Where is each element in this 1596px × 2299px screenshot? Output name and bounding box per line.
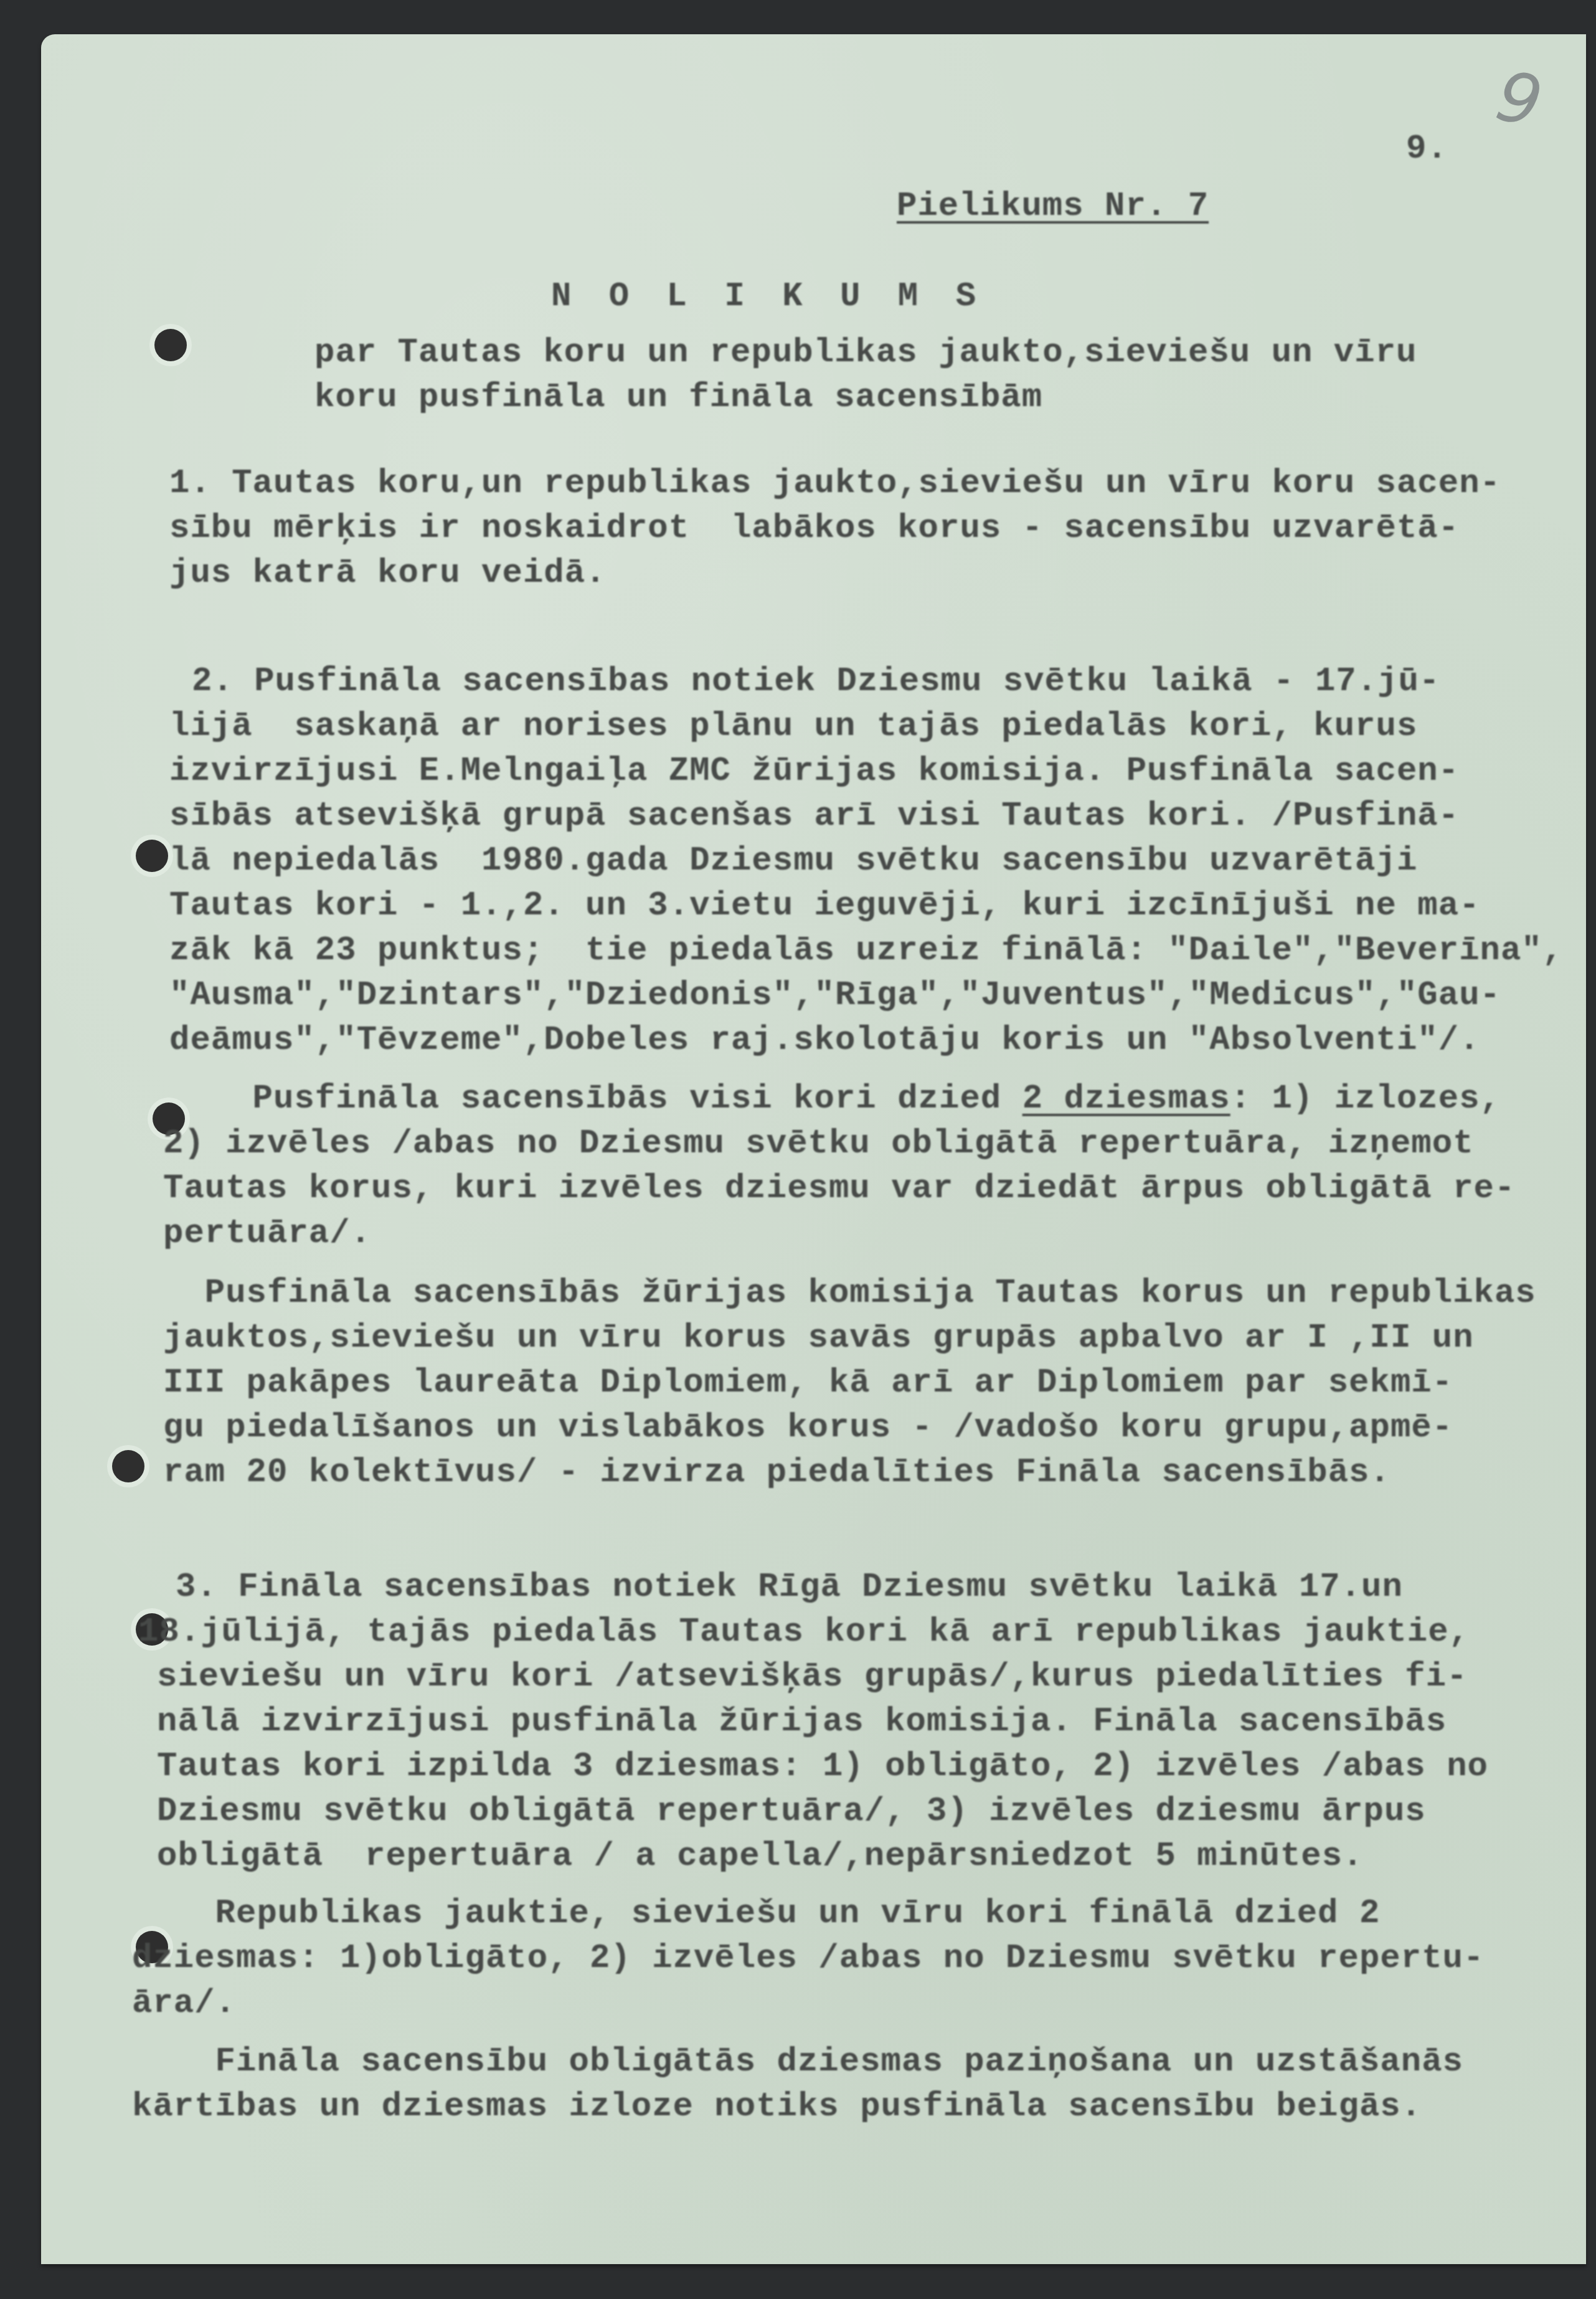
section-2-line: Tautas kori - 1.,2. un 3.vietu ieguvēji,… bbox=[169, 889, 1480, 923]
section-2-para3-line: Pusfināla sacensībās žūrijas komisija Ta… bbox=[163, 1277, 1536, 1311]
punch-hole bbox=[154, 329, 187, 361]
section-3-para2-line: Republikas jauktie, sieviešu un vīru kor… bbox=[132, 1897, 1380, 1931]
section-2-line: 2. Pusfināla sacensības notiek Dziesmu s… bbox=[192, 665, 1440, 699]
section-2-line: sībās atsevišķā grupā sacenšas arī visi … bbox=[169, 800, 1459, 833]
section-3-line: Tautas kori izpilda 3 dziesmas: 1) oblig… bbox=[157, 1750, 1488, 1784]
section-3-line: Dziesmu svētku obligātā repertuāra/, 3) … bbox=[157, 1795, 1426, 1829]
section-3-para2-line: āra/. bbox=[132, 1987, 236, 2021]
section-2-line: lijā saskaņā ar norises plānu un tajās p… bbox=[169, 710, 1417, 744]
section-2-para2-line: 2) izvēles /abas no Dziesmu svētku oblig… bbox=[163, 1127, 1474, 1161]
section-2-line: zāk kā 23 punktus; tie piedalās uzreiz f… bbox=[169, 934, 1563, 968]
section-3-para3-line: Fināla sacensību obligātās dziesmas pazi… bbox=[132, 2045, 1463, 2079]
section-2-para3-line: III pakāpes laureāta Diplomiem, kā arī a… bbox=[163, 1367, 1453, 1400]
section-1-line: sību mērķis ir noskaidrot labākos korus … bbox=[169, 512, 1459, 546]
punch-hole bbox=[112, 1450, 144, 1482]
section-2-para3-line: ram 20 kolektīvus/ - izvirza piedalīties… bbox=[163, 1456, 1391, 1490]
section-2-para2-line: pertuāra/. bbox=[163, 1217, 371, 1251]
section-2-para2-line: Tautas korus, kuri izvēles dziesmu var d… bbox=[163, 1172, 1515, 1206]
section-2-line: "Ausma","Dzintars","Dziedonis","Rīga","J… bbox=[169, 979, 1501, 1013]
section-3-line: 18.jūlijā, tajās piedalās Tautas kori kā… bbox=[138, 1616, 1470, 1649]
section-3-line: 3. Fināla sacensības notiek Rīgā Dziesmu… bbox=[176, 1571, 1403, 1605]
section-1-line: 1. Tautas koru,un republikas jaukto,siev… bbox=[169, 467, 1501, 501]
text-span: : 1) izlozes, bbox=[1230, 1080, 1501, 1118]
document-title: N O L I K U M S bbox=[551, 280, 985, 314]
section-3-line: obligātā repertuāra / a capella/,nepārsn… bbox=[157, 1840, 1364, 1874]
text-span: Pusfināla sacensībās visi kori dzied bbox=[169, 1080, 1022, 1118]
section-2-para3-line: jauktos,sieviešu un vīru korus savās gru… bbox=[163, 1322, 1474, 1355]
subtitle-line: par Tautas koru un republikas jaukto,sie… bbox=[314, 336, 1417, 370]
section-2-para2-first-line: Pusfināla sacensībās visi kori dzied 2 d… bbox=[169, 1083, 1501, 1116]
section-1-line: jus katrā koru veidā. bbox=[169, 557, 607, 590]
section-2-para3-line: gu piedalīšanos un vislabākos korus - /v… bbox=[163, 1411, 1453, 1445]
section-3-line: sieviešu un vīru kori /atsevišķās grupās… bbox=[157, 1661, 1468, 1694]
page-number: 9. bbox=[1406, 133, 1448, 166]
subtitle-line: koru pusfināla un fināla sacensībām bbox=[314, 381, 1042, 415]
section-3-para2-line: dziesmas: 1)obligāto, 2) izvēles /abas n… bbox=[132, 1942, 1484, 1976]
section-3-line: nālā izvirzījusi pusfināla žūrijas komis… bbox=[157, 1705, 1447, 1739]
appendix-label: Pielikums Nr. 7 bbox=[897, 190, 1209, 224]
section-2-line: izvirzījusi E.Melngaiļa ZMC žūrijas komi… bbox=[169, 755, 1459, 789]
section-3-para3-line: kārtības un dziesmas izloze notiks pusfi… bbox=[132, 2090, 1422, 2124]
underlined-text: 2 dziesmas bbox=[1022, 1080, 1230, 1118]
section-2-line: deāmus","Tēvzeme",Dobeles raj.skolotāju … bbox=[169, 1024, 1480, 1058]
section-2-line: lā nepiedalās 1980.gada Dziesmu svētku s… bbox=[169, 845, 1417, 878]
punch-hole bbox=[136, 840, 168, 872]
